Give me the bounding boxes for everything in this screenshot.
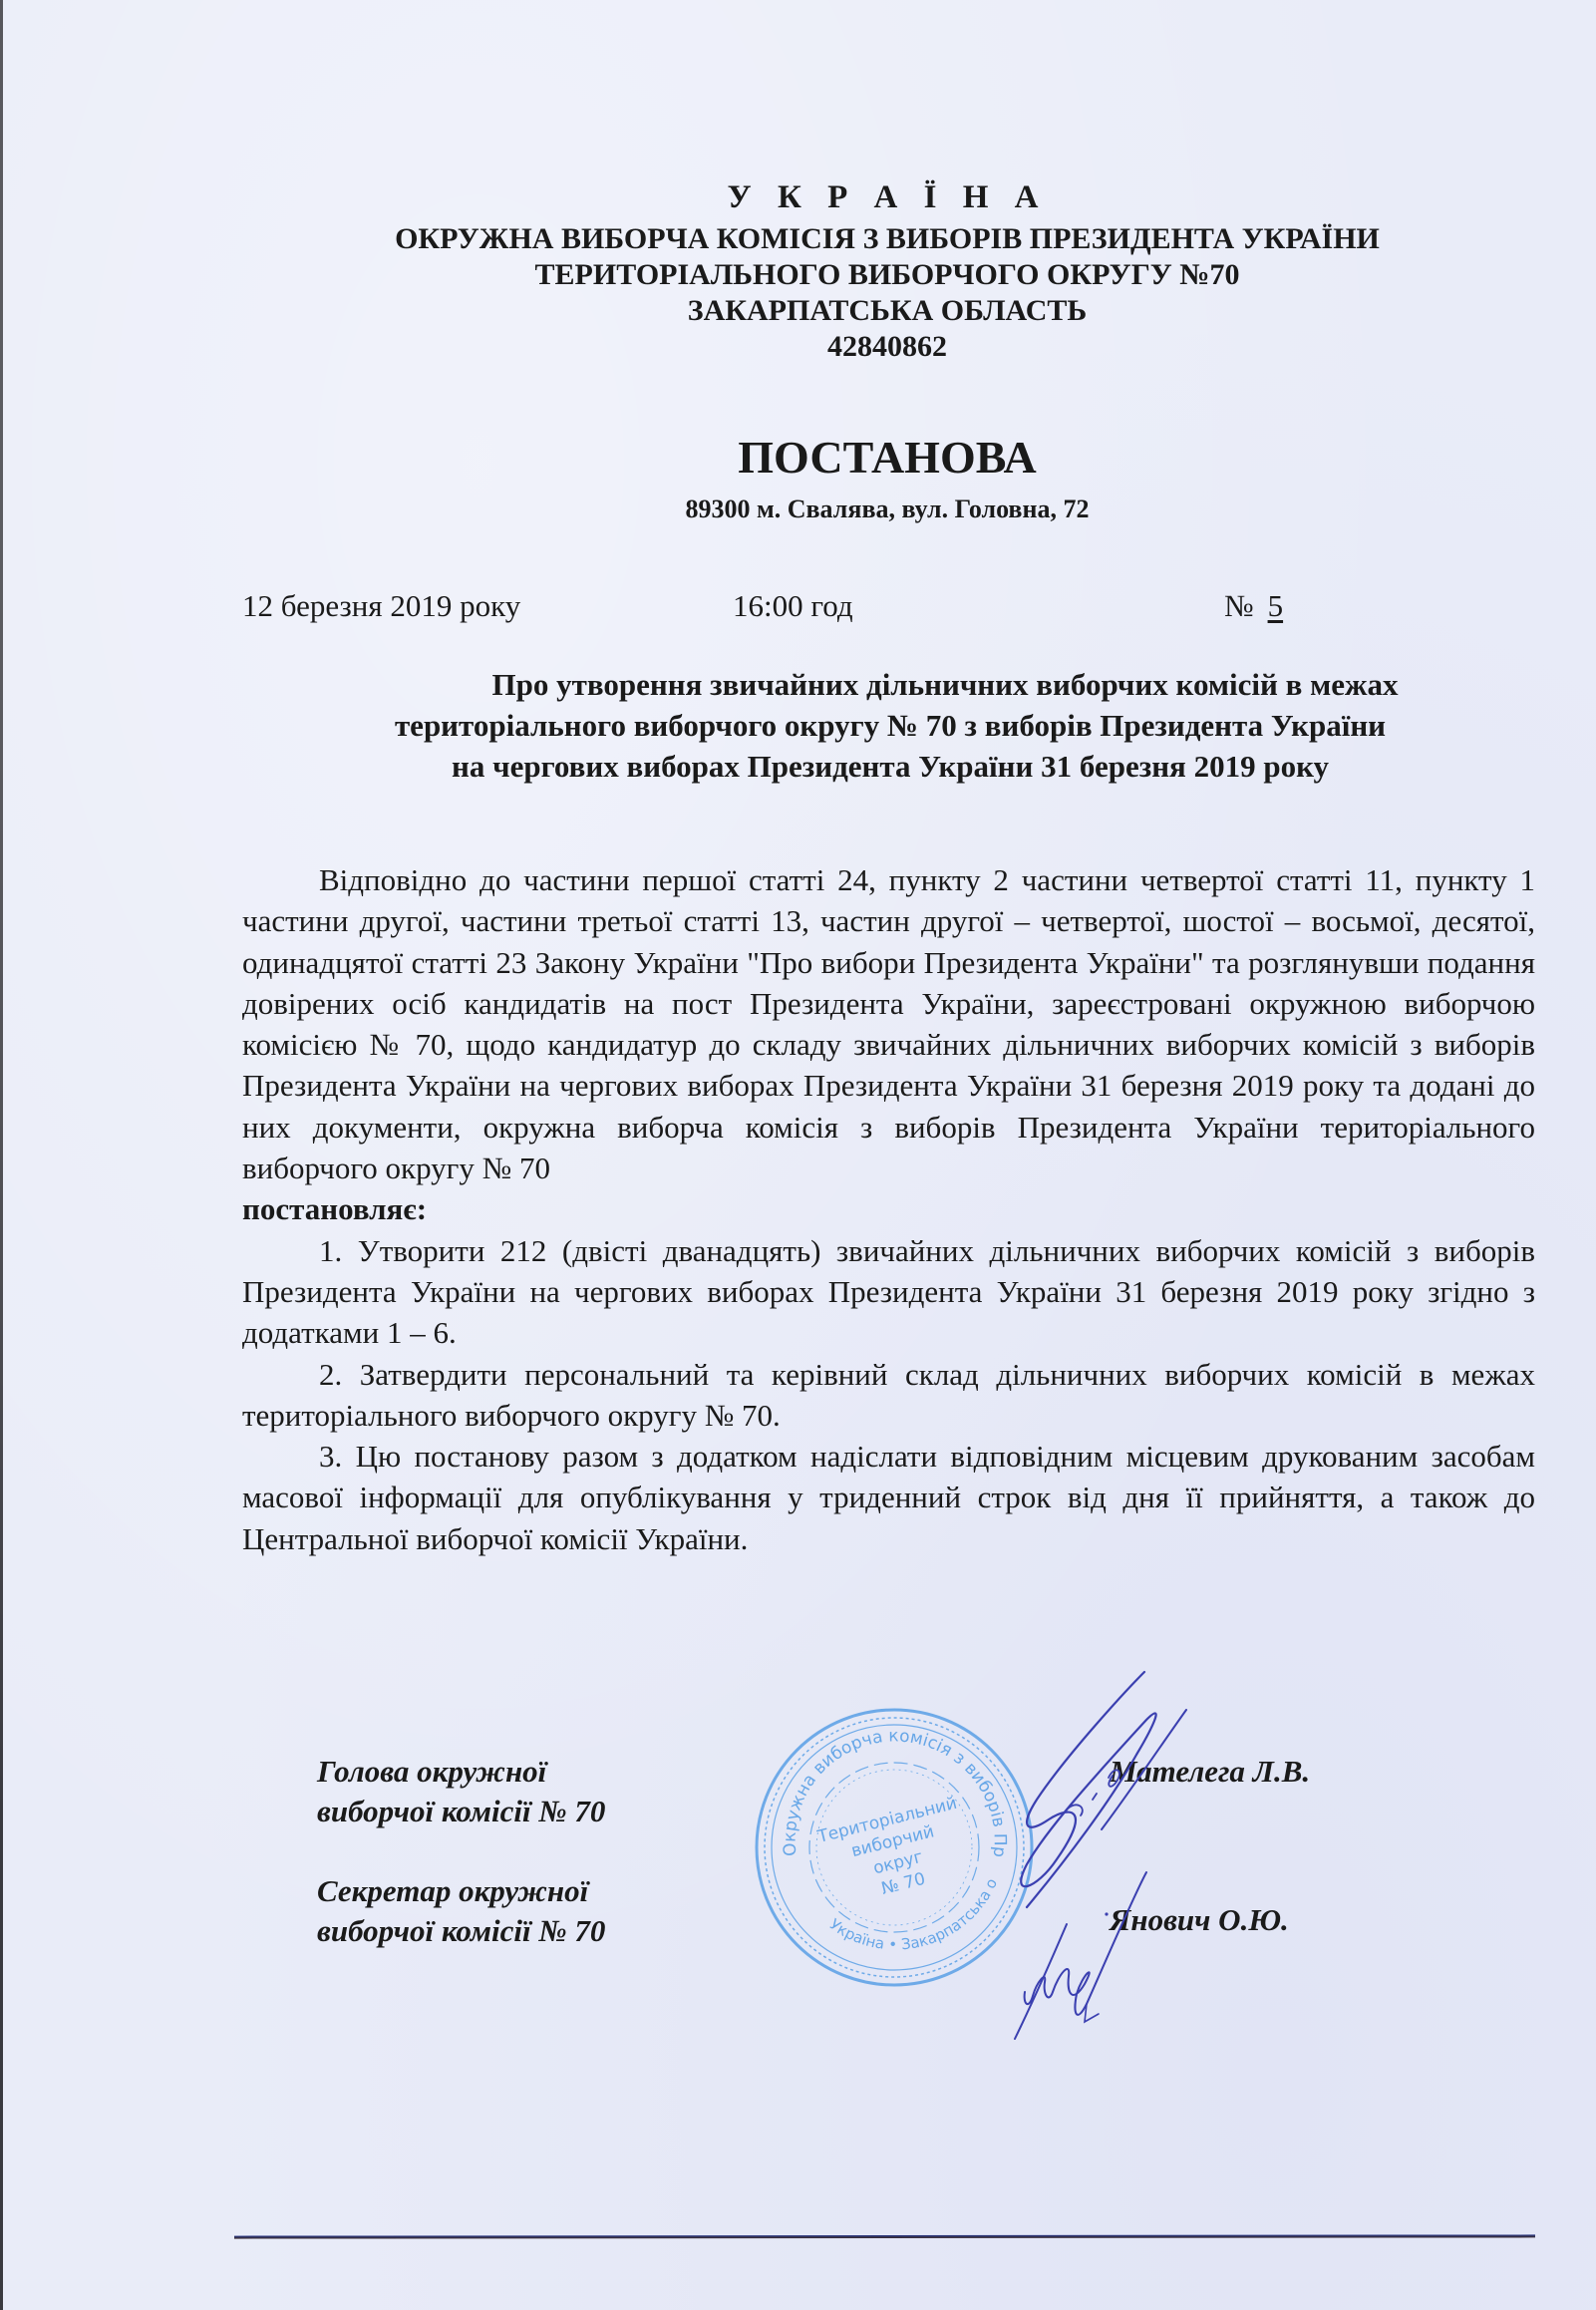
- preamble-text: Відповідно до частини першої статті 24, …: [242, 862, 1535, 1185]
- official-stamp: Окружна виборча комісія з виборів Презид…: [750, 1703, 1039, 1992]
- resolution-item-1: 1. Утворити 212 (двісті дванадцять) звич…: [242, 1230, 1535, 1354]
- subject-line: на чергових виборах Президента України 3…: [242, 746, 1538, 787]
- secretary-role-line: виборчої комісії № 70: [317, 1911, 605, 1951]
- organization-code: 42840862: [239, 329, 1535, 364]
- resolve-word: постановляє:: [242, 1188, 1535, 1229]
- subject-line: Про утворення звичайних дільничних вибор…: [242, 664, 1538, 705]
- chair-role-line: виборчої комісії № 70: [317, 1792, 605, 1831]
- document-title: ПОСТАНОВА: [239, 431, 1535, 485]
- number-label: №: [1224, 588, 1254, 623]
- organization-name: ОКРУЖНА ВИБОРЧА КОМІСІЯ З ВИБОРІВ ПРЕЗИД…: [239, 221, 1535, 256]
- document-date: 12 березня 2019 року: [242, 586, 520, 626]
- preamble-paragraph: Відповідно до частини першої статті 24, …: [242, 859, 1535, 1188]
- document-subject: Про утворення звичайних дільничних вибор…: [242, 664, 1538, 787]
- country-heading: У К Р А Ї Н А: [239, 177, 1535, 217]
- document-time: 16:00 год: [733, 586, 853, 626]
- secretary-role: Секретар окружної виборчої комісії № 70: [317, 1871, 605, 1951]
- secretary-role-line: Секретар окружної: [317, 1871, 605, 1911]
- document-body: Відповідно до частини першої статті 24, …: [242, 859, 1535, 1559]
- secretary-signature: [1007, 1864, 1156, 2044]
- number-value: 5: [1268, 588, 1284, 623]
- resolution-item-2: 2. Затвердити персональний та керівний с…: [242, 1354, 1535, 1437]
- resolution-item-3: 3. Цю постанову разом з додатком надісла…: [242, 1436, 1535, 1559]
- footer-divider: [234, 2234, 1535, 2238]
- document-meta-row: 12 березня 2019 року 16:00 год №5: [242, 586, 1538, 626]
- page-edge: [0, 0, 3, 2310]
- region-name: ЗАКАРПАТСЬКА ОБЛАСТЬ: [239, 293, 1535, 328]
- address: 89300 м. Свалява, вул. Головна, 72: [239, 494, 1535, 525]
- document-number: №5: [1224, 586, 1283, 626]
- district-name: ТЕРИТОРІАЛЬНОГО ВИБОРЧОГО ОКРУГУ №70: [239, 257, 1535, 292]
- chair-role-line: Голова окружної: [317, 1752, 605, 1792]
- chair-role: Голова окружної виборчої комісії № 70: [317, 1752, 605, 1831]
- subject-line: територіального виборчого округу № 70 з …: [242, 705, 1538, 746]
